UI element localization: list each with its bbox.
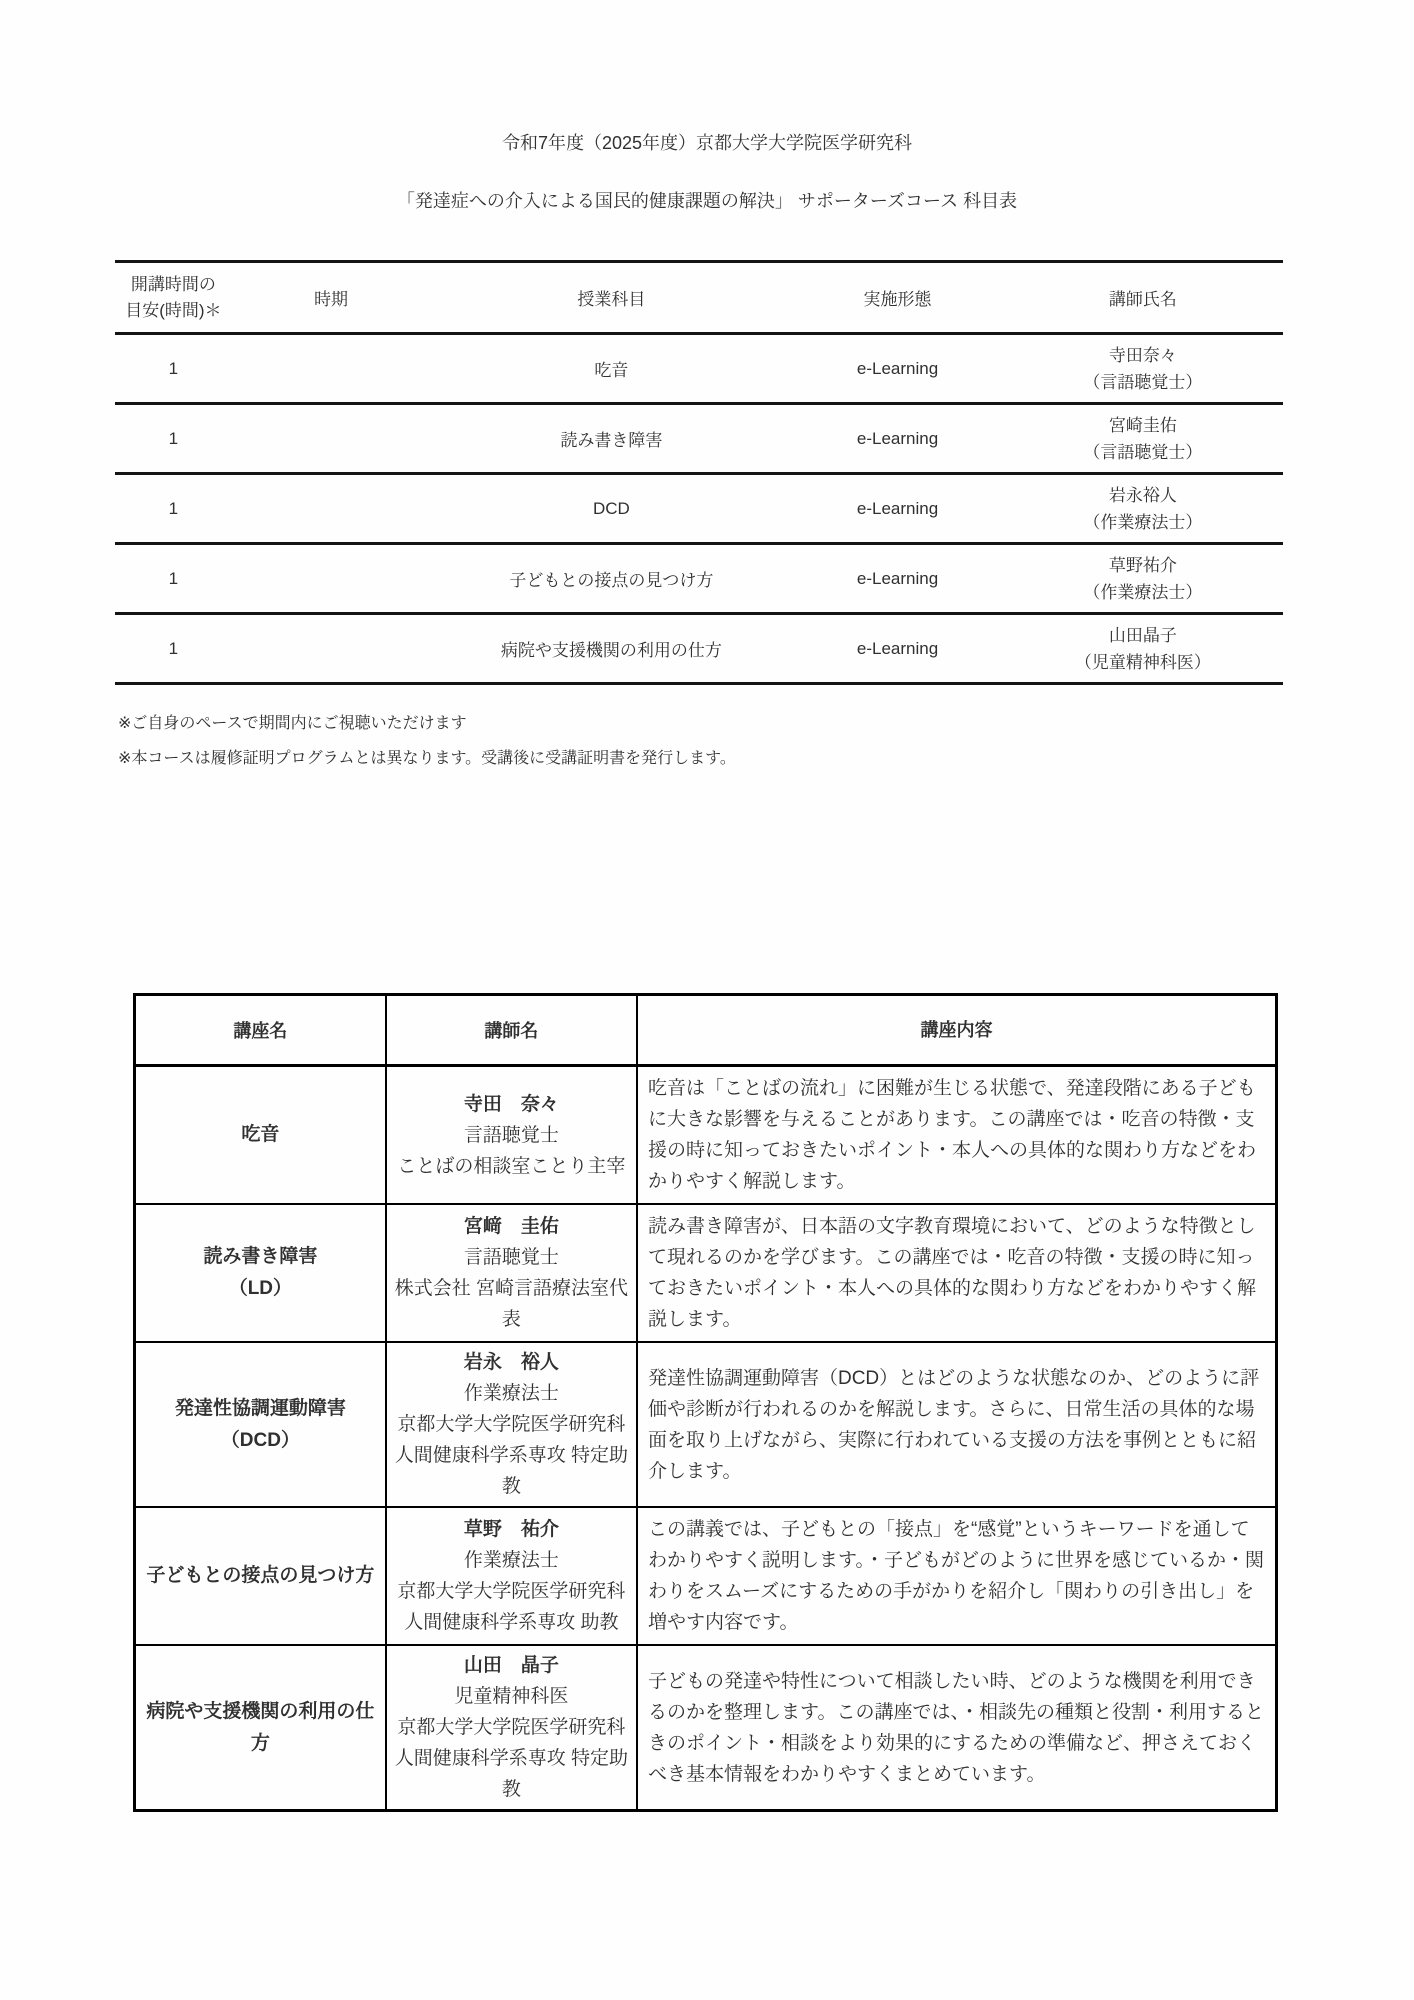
course-name-line1: 病院や支援機関の利用の仕方 [142, 1696, 379, 1760]
course-header-row: 講座名 講師名 講座内容 [135, 995, 1277, 1066]
lecturer-title-line2: 京都大学大学院医学研究科 [393, 1409, 630, 1440]
course-name-line1: 読み書き障害 [142, 1241, 379, 1273]
course-row: 読み書き障害 （LD） 宮﨑 圭佑 言語聴覚士 株式会社 宮崎言語療法室代表 読… [135, 1204, 1277, 1342]
course-name-cell: 読み書き障害 （LD） [135, 1204, 386, 1342]
course-description-cell: 子どもの発達や特性について相談したい時、どのような機関を利用できるのかを整理しま… [637, 1645, 1277, 1811]
period-cell [232, 334, 431, 404]
period-cell [232, 614, 431, 684]
schedule-row: 1 読み書き障害 e-Learning 宮崎圭佑 （言語聴覚士） [115, 404, 1283, 474]
lecturer-title-line2: 京都大学大学院医学研究科 [393, 1712, 630, 1743]
lecturer-title-line3: 人間健康科学系専攻 特定助教 [393, 1440, 630, 1502]
instructor-name: 寺田奈々 [1007, 342, 1279, 369]
instructor-name: 宮崎圭佑 [1007, 412, 1279, 439]
subject-cell: 子どもとの接点の見つけ方 [430, 544, 792, 614]
subject-cell: 読み書き障害 [430, 404, 792, 474]
instructor-title: （作業療法士） [1007, 509, 1279, 536]
lecturer-cell: 山田 晶子 児童精神科医 京都大学大学院医学研究科 人間健康科学系専攻 特定助教 [386, 1645, 637, 1811]
lecturer-name: 山田 晶子 [393, 1650, 630, 1681]
course-row: 発達性協調運動障害 （DCD） 岩永 裕人 作業療法士 京都大学大学院医学研究科… [135, 1342, 1277, 1507]
course-name-cell: 吃音 [135, 1066, 386, 1205]
header-format: 実施形態 [792, 262, 1002, 334]
course-name-line2: （DCD） [142, 1425, 379, 1457]
header-period: 時期 [232, 262, 431, 334]
instructor-title: （作業療法士） [1007, 579, 1279, 606]
page-title-line1: 令和7年度（2025年度）京都大学大学院医学研究科 [0, 128, 1414, 158]
period-cell [232, 404, 431, 474]
hours-cell: 1 [115, 614, 232, 684]
course-detail-table: 講座名 講師名 講座内容 吃音 寺田 奈々 言語聴覚士 ことばの相談室ことり主宰… [133, 993, 1278, 1812]
lecturer-title-line1: 児童精神科医 [393, 1681, 630, 1712]
header-instructor: 講師氏名 [1003, 262, 1283, 334]
lecturer-title-line1: 言語聴覚士 [393, 1242, 630, 1273]
subject-cell: 病院や支援機関の利用の仕方 [430, 614, 792, 684]
lecturer-cell: 草野 祐介 作業療法士 京都大学大学院医学研究科 人間健康科学系専攻 助教 [386, 1507, 637, 1645]
schedule-row: 1 DCD e-Learning 岩永裕人 （作業療法士） [115, 474, 1283, 544]
footnote-1: ※ご自身のペースで期間内にご視聴いただけます [118, 706, 736, 741]
course-name-cell: 発達性協調運動障害 （DCD） [135, 1342, 386, 1507]
hours-cell: 1 [115, 404, 232, 474]
header-hours-line1: 開講時間の [119, 272, 228, 298]
instructor-cell: 山田晶子 （児童精神科医） [1003, 614, 1283, 684]
schedule-row: 1 吃音 e-Learning 寺田奈々 （言語聴覚士） [115, 334, 1283, 404]
course-name-cell: 病院や支援機関の利用の仕方 [135, 1645, 386, 1811]
course-name-line1: 吃音 [142, 1119, 379, 1151]
format-cell: e-Learning [792, 404, 1002, 474]
format-cell: e-Learning [792, 474, 1002, 544]
lecturer-title-line2: 京都大学大学院医学研究科 [393, 1576, 630, 1607]
footnote-2: ※本コースは履修証明プログラムとは異なります。受講後に受講証明書を発行します。 [118, 741, 736, 776]
lecturer-title-line1: 作業療法士 [393, 1378, 630, 1409]
header-hours: 開講時間の 目安(時間)＊ [115, 262, 232, 334]
course-name-cell: 子どもとの接点の見つけ方 [135, 1507, 386, 1645]
lecturer-name: 草野 祐介 [393, 1514, 630, 1545]
instructor-cell: 宮崎圭佑 （言語聴覚士） [1003, 404, 1283, 474]
course-name-line2: （LD） [142, 1273, 379, 1305]
instructor-title: （言語聴覚士） [1007, 369, 1279, 396]
course-row: 吃音 寺田 奈々 言語聴覚士 ことばの相談室ことり主宰 吃音は「ことばの流れ」に… [135, 1066, 1277, 1205]
subject-cell: DCD [430, 474, 792, 544]
document-page: 令和7年度（2025年度）京都大学大学院医学研究科 「発達症への介入による国民的… [0, 0, 1414, 2000]
course-name-line1: 子どもとの接点の見つけ方 [142, 1560, 379, 1592]
header-course-content: 講座内容 [637, 995, 1277, 1066]
hours-cell: 1 [115, 474, 232, 544]
document-title: 令和7年度（2025年度）京都大学大学院医学研究科 「発達症への介入による国民的… [0, 128, 1414, 216]
lecturer-title-line2: ことばの相談室ことり主宰 [393, 1151, 630, 1182]
course-description-cell: 吃音は「ことばの流れ」に困難が生じる状態で、発達段階にある子どもに大きな影響を与… [637, 1066, 1277, 1205]
course-description-cell: 発達性協調運動障害（DCD）とはどのような状態なのか、どのように評価や診断が行わ… [637, 1342, 1277, 1507]
course-name-line1: 発達性協調運動障害 [142, 1393, 379, 1425]
hours-cell: 1 [115, 544, 232, 614]
lecturer-title-line3: 人間健康科学系専攻 助教 [393, 1607, 630, 1638]
instructor-title: （言語聴覚士） [1007, 439, 1279, 466]
instructor-cell: 草野祐介 （作業療法士） [1003, 544, 1283, 614]
course-row: 子どもとの接点の見つけ方 草野 祐介 作業療法士 京都大学大学院医学研究科 人間… [135, 1507, 1277, 1645]
header-lecturer-name: 講師名 [386, 995, 637, 1066]
header-subject: 授業科目 [430, 262, 792, 334]
lecturer-name: 岩永 裕人 [393, 1347, 630, 1378]
lecturer-cell: 寺田 奈々 言語聴覚士 ことばの相談室ことり主宰 [386, 1066, 637, 1205]
instructor-name: 山田晶子 [1007, 622, 1279, 649]
header-hours-line2: 目安(時間)＊ [119, 298, 228, 324]
lecturer-title-line1: 作業療法士 [393, 1545, 630, 1576]
lecturer-title-line2: 株式会社 宮崎言語療法室代表 [393, 1273, 630, 1335]
header-course-name: 講座名 [135, 995, 386, 1066]
format-cell: e-Learning [792, 334, 1002, 404]
lecturer-cell: 岩永 裕人 作業療法士 京都大学大学院医学研究科 人間健康科学系専攻 特定助教 [386, 1342, 637, 1507]
format-cell: e-Learning [792, 614, 1002, 684]
schedule-table: 開講時間の 目安(時間)＊ 時期 授業科目 実施形態 講師氏名 1 吃音 e-L… [115, 260, 1283, 685]
instructor-name: 岩永裕人 [1007, 482, 1279, 509]
lecturer-cell: 宮﨑 圭佑 言語聴覚士 株式会社 宮崎言語療法室代表 [386, 1204, 637, 1342]
lecturer-name: 宮﨑 圭佑 [393, 1211, 630, 1242]
period-cell [232, 544, 431, 614]
hours-cell: 1 [115, 334, 232, 404]
schedule-row: 1 病院や支援機関の利用の仕方 e-Learning 山田晶子 （児童精神科医） [115, 614, 1283, 684]
schedule-row: 1 子どもとの接点の見つけ方 e-Learning 草野祐介 （作業療法士） [115, 544, 1283, 614]
course-row: 病院や支援機関の利用の仕方 山田 晶子 児童精神科医 京都大学大学院医学研究科 … [135, 1645, 1277, 1811]
lecturer-title-line1: 言語聴覚士 [393, 1120, 630, 1151]
instructor-name: 草野祐介 [1007, 552, 1279, 579]
schedule-header-row: 開講時間の 目安(時間)＊ 時期 授業科目 実施形態 講師氏名 [115, 262, 1283, 334]
subject-cell: 吃音 [430, 334, 792, 404]
instructor-cell: 岩永裕人 （作業療法士） [1003, 474, 1283, 544]
course-description-cell: 読み書き障害が、日本語の文字教育環境において、どのような特徴として現れるのかを学… [637, 1204, 1277, 1342]
footnotes: ※ご自身のペースで期間内にご視聴いただけます ※本コースは履修証明プログラムとは… [118, 706, 736, 776]
lecturer-name: 寺田 奈々 [393, 1089, 630, 1120]
instructor-title: （児童精神科医） [1007, 649, 1279, 676]
instructor-cell: 寺田奈々 （言語聴覚士） [1003, 334, 1283, 404]
format-cell: e-Learning [792, 544, 1002, 614]
period-cell [232, 474, 431, 544]
page-title-line2: 「発達症への介入による国民的健康課題の解決」 サポーターズコース 科目表 [0, 186, 1414, 216]
course-description-cell: この講義では、子どもとの「接点」を“感覚”というキーワードを通してわかりやすく説… [637, 1507, 1277, 1645]
lecturer-title-line3: 人間健康科学系専攻 特定助教 [393, 1743, 630, 1805]
